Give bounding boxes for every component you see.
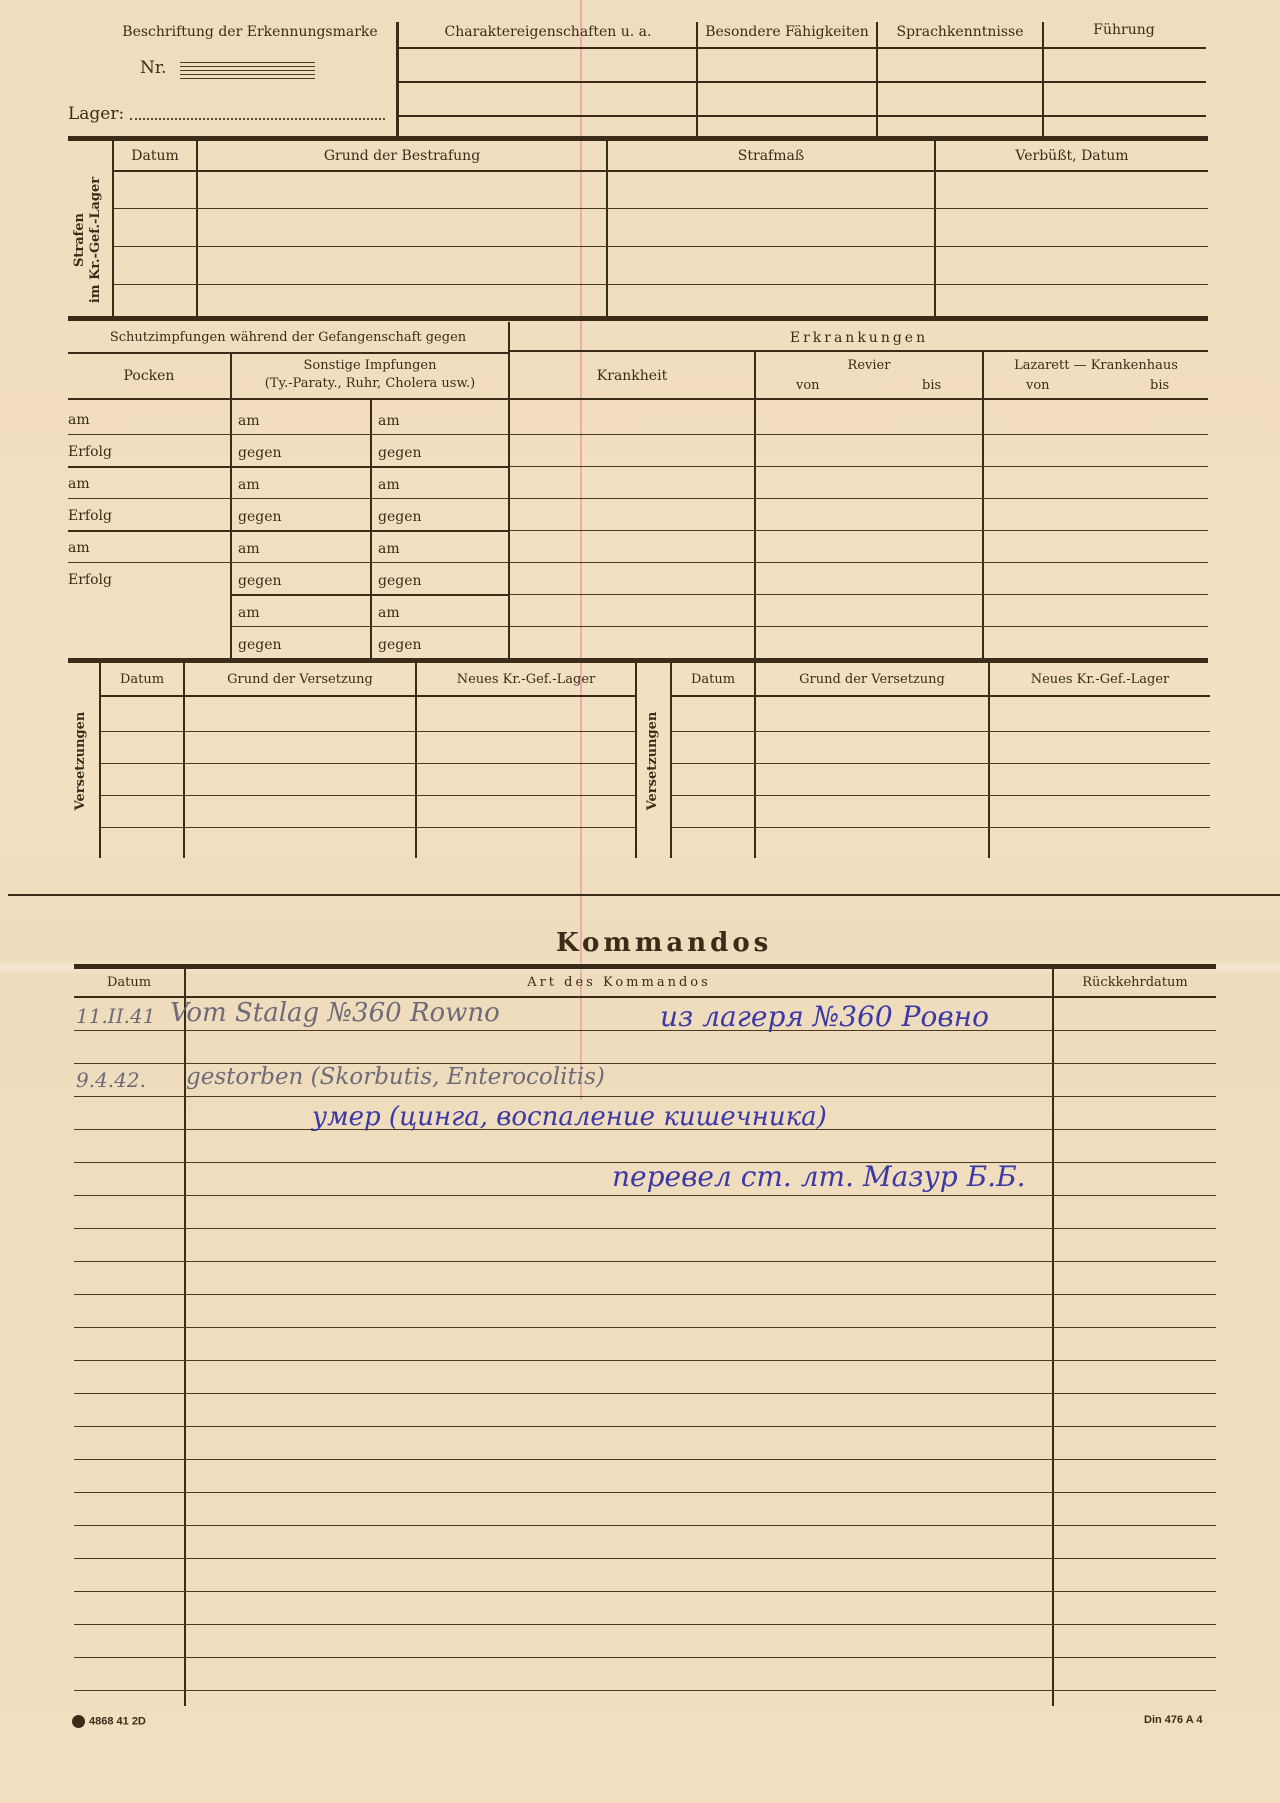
lazarett-von: von bbox=[1026, 378, 1050, 393]
revier-von: von bbox=[796, 378, 820, 393]
col-abilities: Besondere Fähigkeiten bbox=[698, 24, 876, 40]
col-other-vacc-1: Sonstige Impfungen bbox=[232, 358, 508, 373]
print-code: 4868 41 2D bbox=[72, 1715, 146, 1728]
vacc-a-row-4: gegen bbox=[238, 509, 282, 525]
vacc-a-row-2: gegen bbox=[238, 445, 282, 461]
vacc-a-row-6: gegen bbox=[238, 573, 282, 589]
lager-field[interactable] bbox=[130, 118, 385, 120]
col-punish-measure: Strafmaß bbox=[608, 148, 934, 164]
col-lazarett: Lazarett — Krankenhaus bbox=[984, 358, 1208, 373]
entry-1-text-de: Vom Stalag №360 Rowno bbox=[170, 998, 500, 1028]
col-illness: Krankheit bbox=[510, 368, 754, 384]
vacc-a-row-3: am bbox=[238, 477, 260, 493]
col-transfer-camp-left: Neues Kr.-Gef.-Lager bbox=[417, 672, 635, 687]
col-transfer-date-right: Datum bbox=[672, 672, 754, 687]
col-conduct: Führung bbox=[1044, 22, 1204, 38]
entry-2-text-de: gestorben (Skorbutis, Enterocolitis) bbox=[186, 1064, 605, 1090]
pocken-row-4: Erfolg bbox=[68, 508, 112, 524]
eagle-seal-icon bbox=[72, 1715, 85, 1728]
kommandos-title: Kommandos bbox=[556, 928, 772, 958]
pocken-row-3: am bbox=[68, 476, 90, 492]
vacc-a-row-8: gegen bbox=[238, 637, 282, 653]
vacc-b-row-3: am bbox=[378, 477, 400, 493]
illnesses-title: Erkrankungen bbox=[510, 330, 1208, 346]
entry-1-date: 11.II.41 bbox=[76, 1004, 155, 1028]
col-transfer-date-left: Datum bbox=[101, 672, 183, 687]
pocken-row-5: am bbox=[68, 540, 90, 556]
punishments-side-label-2: im Kr.-Gef.-Lager bbox=[88, 160, 104, 320]
punishments-side-label: Strafen im Kr.-Gef.-Lager bbox=[72, 160, 108, 320]
pocken-row-1: am bbox=[68, 412, 90, 428]
col-punish-served: Verbüßt, Datum bbox=[936, 148, 1208, 164]
vacc-b-row-7: am bbox=[378, 605, 400, 621]
transfers-side-label-right: Versetzungen bbox=[645, 701, 663, 821]
col-kommando-type: Art des Kommandos bbox=[186, 975, 1052, 990]
col-kommando-return: Rückkehrdatum bbox=[1054, 975, 1216, 990]
col-kommando-date: Datum bbox=[74, 975, 184, 990]
entry-2-text-ru: умер (цинга, воспаление кишечника) bbox=[312, 1102, 827, 1132]
entry-2-date: 9.4.42. bbox=[76, 1068, 146, 1092]
lager-label: Lager: bbox=[68, 104, 124, 124]
col-transfer-reason-right: Grund der Versetzung bbox=[756, 672, 988, 687]
vacc-a-row-5: am bbox=[238, 541, 260, 557]
col-pocken: Pocken bbox=[68, 368, 230, 384]
vacc-b-row-8: gegen bbox=[378, 637, 422, 653]
pow-record-card-back: Beschriftung der Erkennungsmarke Nr. Lag… bbox=[0, 0, 1280, 1803]
col-punish-reason: Grund der Bestrafung bbox=[198, 148, 606, 164]
print-code-text: 4868 41 2D bbox=[89, 1715, 146, 1727]
tag-label: Beschriftung der Erkennungsmarke bbox=[100, 24, 400, 40]
entry-1-text-ru: из лагеря №360 Ровно bbox=[660, 1000, 989, 1033]
vacc-b-row-1: am bbox=[378, 413, 400, 429]
vacc-b-row-5: am bbox=[378, 541, 400, 557]
transfers-side-label-left: Versetzungen bbox=[73, 701, 91, 821]
vacc-b-row-4: gegen bbox=[378, 509, 422, 525]
vacc-b-row-2: gegen bbox=[378, 445, 422, 461]
col-revier: Revier bbox=[756, 358, 982, 373]
pocken-row-6: Erfolg bbox=[68, 572, 112, 588]
lazarett-bis: bis bbox=[1150, 378, 1169, 393]
din-format-label: Din 476 A 4 bbox=[1144, 1714, 1203, 1726]
vacc-a-row-1: am bbox=[238, 413, 260, 429]
vacc-b-row-6: gegen bbox=[378, 573, 422, 589]
col-transfer-camp-right: Neues Kr.-Gef.-Lager bbox=[990, 672, 1210, 687]
vacc-a-row-7: am bbox=[238, 605, 260, 621]
revier-bis: bis bbox=[922, 378, 941, 393]
col-punish-date: Datum bbox=[114, 148, 196, 164]
col-other-vacc-2: (Ty.-Paraty., Ruhr, Cholera usw.) bbox=[232, 376, 508, 391]
col-character: Charaktereigenschaften u. a. bbox=[400, 24, 696, 40]
pocken-row-2: Erfolg bbox=[68, 444, 112, 460]
nr-label: Nr. bbox=[140, 58, 167, 78]
col-transfer-reason-left: Grund der Versetzung bbox=[185, 672, 415, 687]
col-languages: Sprachkenntnisse bbox=[878, 24, 1042, 40]
entry-3-text-ru: перевел ст. лт. Мазур Б.Б. bbox=[612, 1160, 1026, 1193]
punishments-side-label-1: Strafen bbox=[72, 160, 88, 320]
vaccinations-title: Schutzimpfungen während der Gefangenscha… bbox=[68, 330, 508, 345]
